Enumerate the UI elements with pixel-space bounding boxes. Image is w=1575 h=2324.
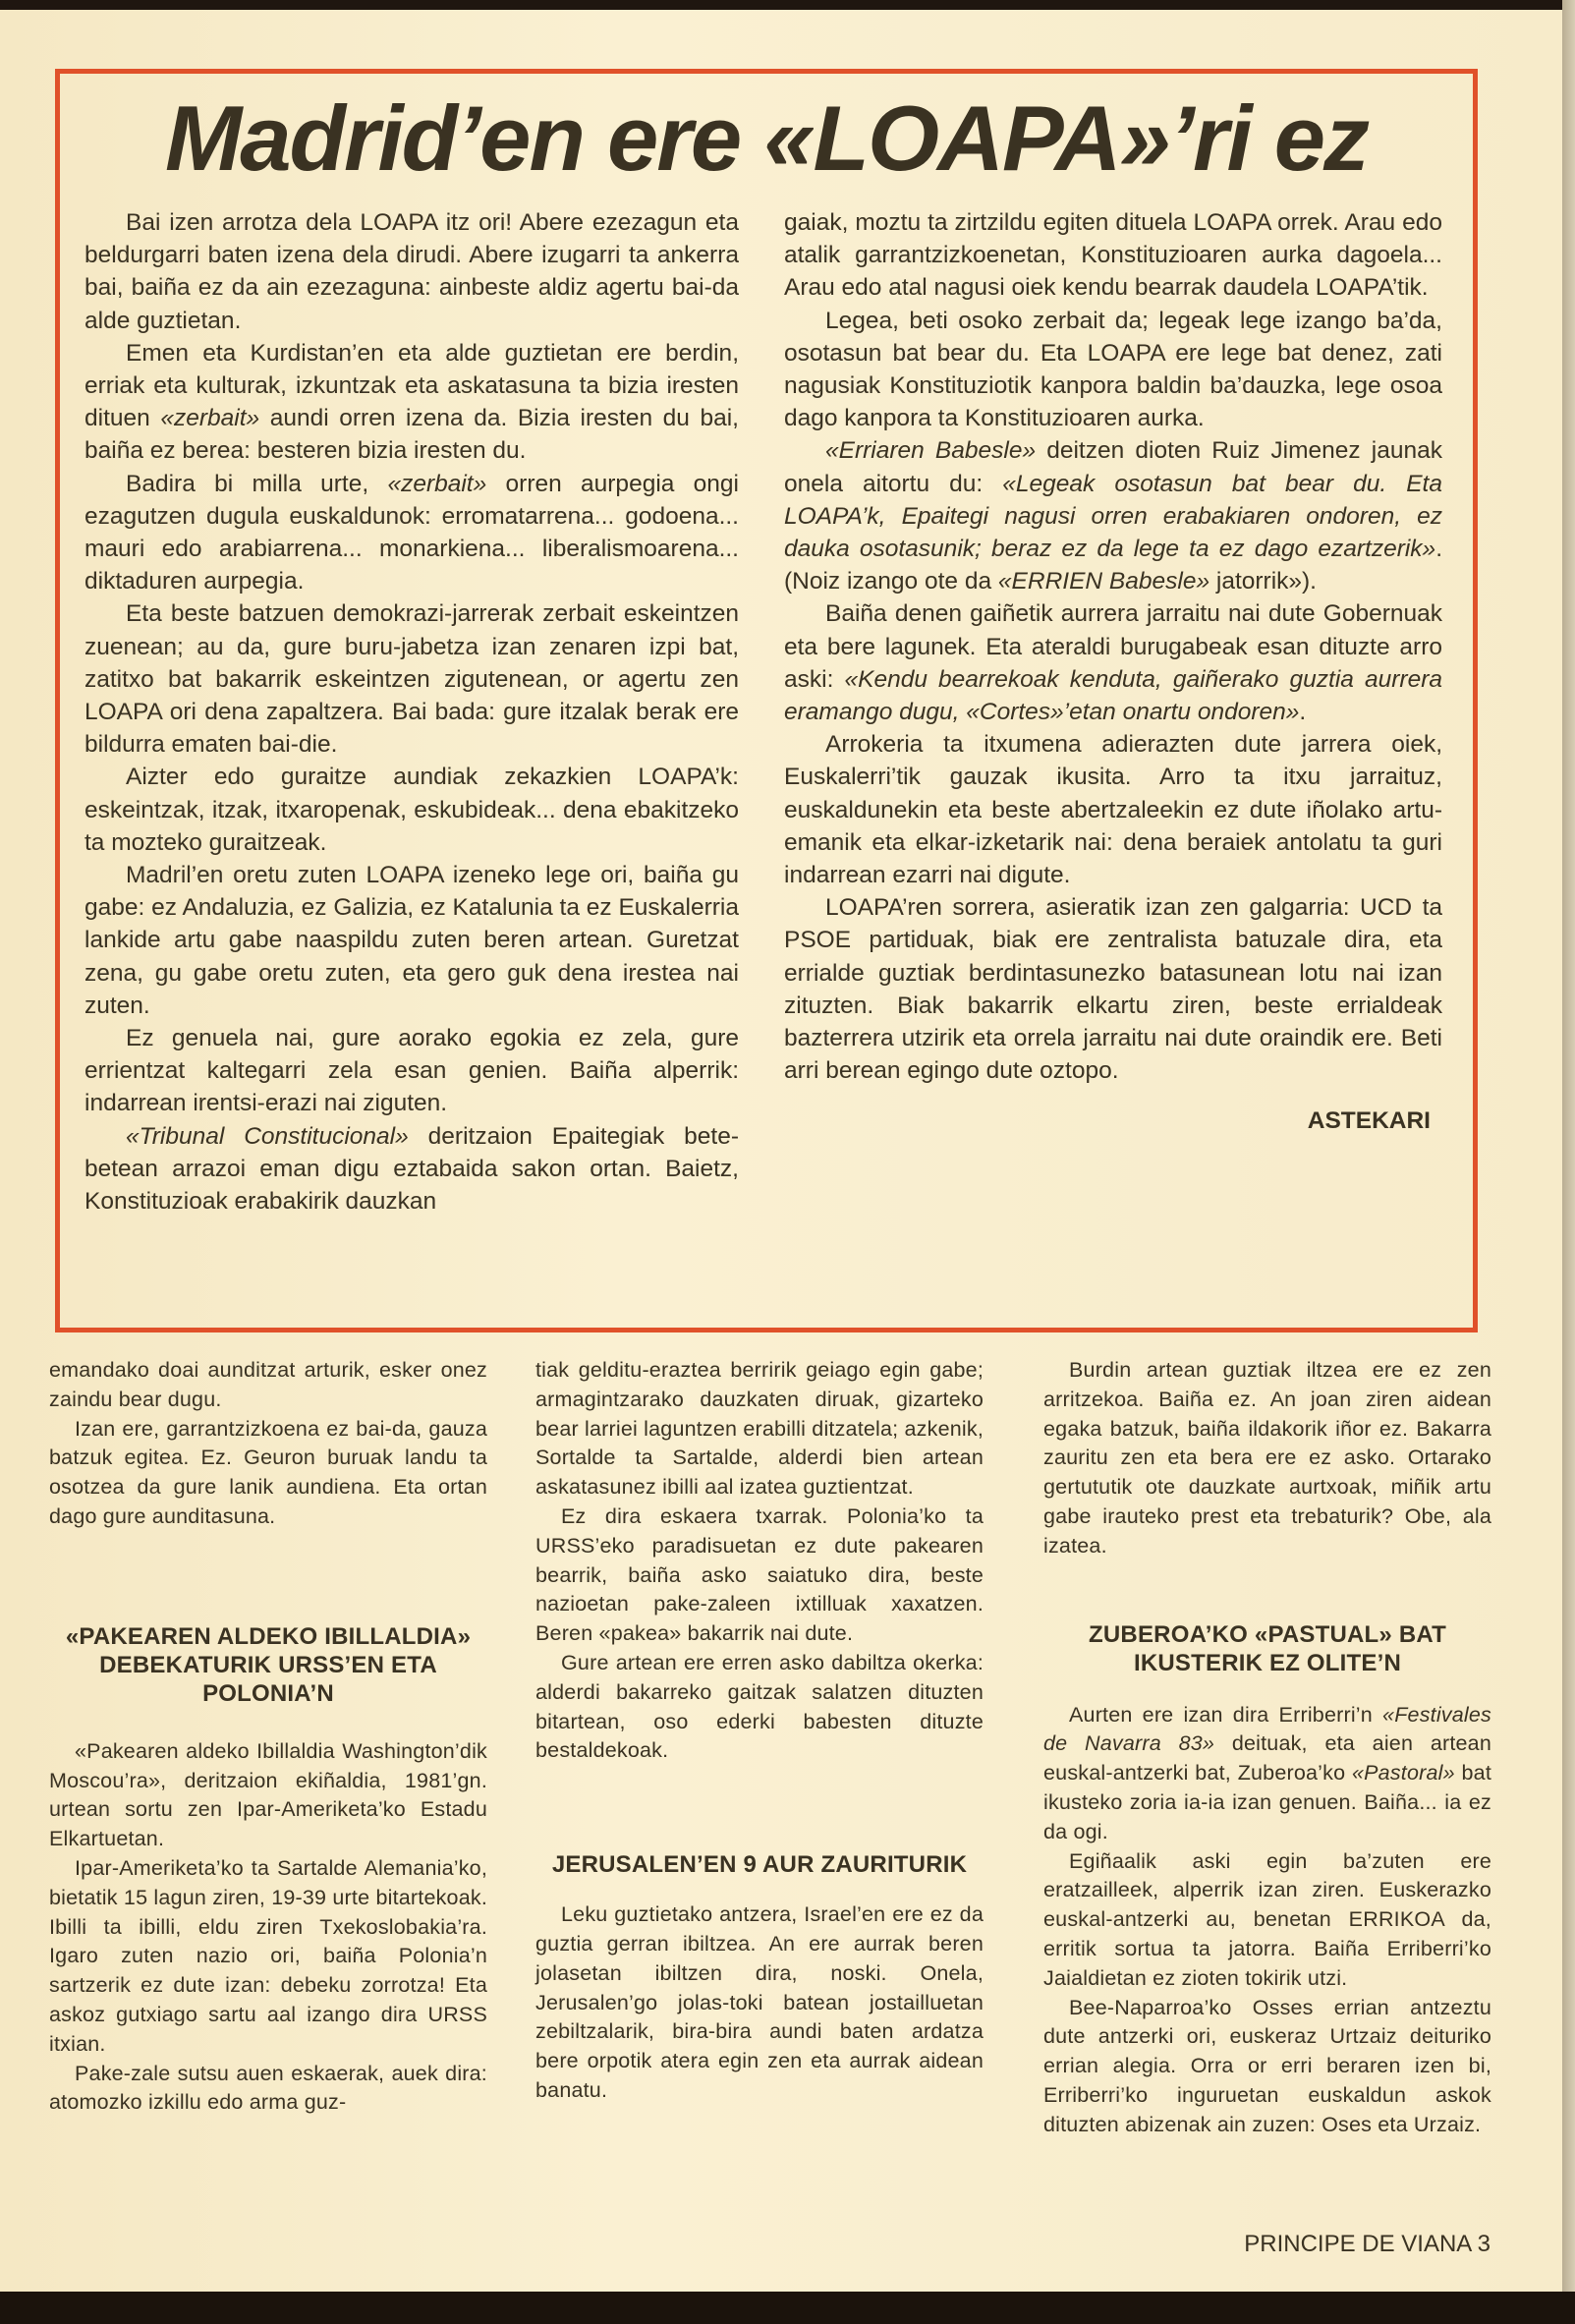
lower-column-3: Burdin artean guztiak iltzea ere ez zen …: [1043, 1356, 1491, 2140]
section-heading: «PAKEAREN ALDEKO IBILLALDIA» DEBEKATURIK…: [49, 1622, 487, 1708]
paragraph: Ez dira eskaera txarrak. Polonia’ko ta U…: [535, 1502, 984, 1649]
page-footer: PRINCIPE DE VIANA 3: [1244, 2231, 1491, 2258]
section-heading: JERUSALEN’EN 9 AUR ZAURITURIK: [535, 1850, 984, 1879]
paragraph: «Erriaren Babesle» deitzen dioten Ruiz J…: [784, 434, 1442, 597]
paragraph: Leku guztietako antzera, Israel’en ere e…: [535, 1900, 984, 2106]
paragraph: Baiña denen gaiñetik aurrera jarraitu na…: [784, 597, 1442, 728]
paragraph: Legea, beti osoko zerbait da; legeak leg…: [784, 305, 1442, 435]
section-heading: ZUBEROA’KO «PASTUAL» BAT IKUSTERIK EZ OL…: [1043, 1620, 1491, 1677]
paragraph: Madril’en oretu zuten LOAPA izeneko lege…: [84, 859, 739, 1022]
main-article-column-1: Bai izen arrotza dela LOAPA itz ori! Abe…: [84, 206, 739, 1218]
paragraph: Ipar-Ameriketa’ko ta Sartalde Alemania’k…: [49, 1854, 487, 2060]
paragraph: Badira bi milla urte, «zerbait» orren au…: [84, 468, 739, 598]
paragraph: «Pakearen aldeko Ibillaldia Washington’d…: [49, 1737, 487, 1854]
main-article-column-2: gaiak, moztu ta zirtzildu egiten dituela…: [784, 206, 1442, 1138]
paragraph: Izan ere, garrantzizkoena ez bai-da, gau…: [49, 1415, 487, 1532]
article-headline: Madrid’en ere «LOAPA»’ri ez: [59, 85, 1474, 193]
lower-column-1: emandako doai aunditzat arturik, esker o…: [49, 1356, 487, 2118]
paragraph: Bee-Naparroa’ko Osses errian antzeztu du…: [1043, 1994, 1491, 2140]
paragraph: Pake-zale sutsu auen eskaerak, auek dira…: [49, 2060, 487, 2119]
paragraph: Eta beste batzuen demokrazi-jarrerak zer…: [84, 597, 739, 761]
paragraph: Arrokeria ta itxumena adierazten dute ja…: [784, 728, 1442, 891]
paragraph: tiak gelditu-eraztea berririk geiago egi…: [535, 1356, 984, 1502]
paragraph: gaiak, moztu ta zirtzildu egiten dituela…: [784, 206, 1442, 305]
scan-bottom-edge: [0, 2292, 1575, 2324]
lower-column-2: tiak gelditu-eraztea berririk geiago egi…: [535, 1356, 984, 2106]
paragraph: Burdin artean guztiak iltzea ere ez zen …: [1043, 1356, 1491, 1561]
paragraph: emandako doai aunditzat arturik, esker o…: [49, 1356, 487, 1415]
paragraph: Gure artean ere erren asko dabiltza oker…: [535, 1649, 984, 1766]
paragraph: Ez genuela nai, gure aorako egokia ez ze…: [84, 1022, 739, 1120]
paragraph: Aurten ere izan dira Erriberri’n «Festiv…: [1043, 1701, 1491, 1847]
paragraph: Aizter edo guraitze aundiak zekazkien LO…: [84, 761, 739, 859]
paragraph: Emen eta Kurdistan’en eta alde guztietan…: [84, 337, 739, 468]
paragraph: Bai izen arrotza dela LOAPA itz ori! Abe…: [84, 206, 739, 337]
paragraph: LOAPA’ren sorrera, asieratik izan zen ga…: [784, 891, 1442, 1087]
author-signature: ASTEKARI: [784, 1105, 1442, 1137]
paragraph: «Tribunal Constitucional» deritzaion Epa…: [84, 1120, 739, 1219]
page-edge: [1562, 0, 1575, 2324]
paragraph: Egiñaalik aski egin ba’zuten ere eratzai…: [1043, 1847, 1491, 1994]
